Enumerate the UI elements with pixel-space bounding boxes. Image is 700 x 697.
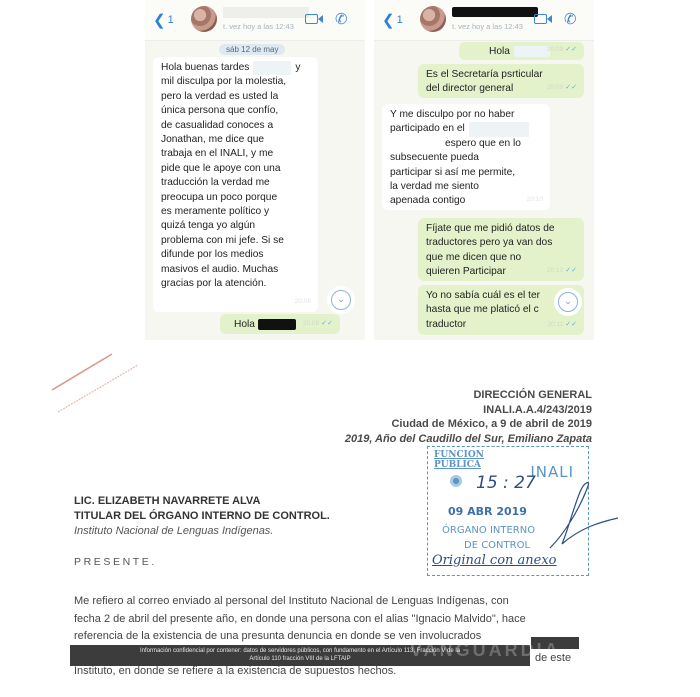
- message-line: problema con mi jefe. Si se: [161, 234, 310, 248]
- contact-name-redacted[interactable]: [452, 7, 538, 17]
- salutation: PRESENTE.: [74, 556, 157, 568]
- seal-icon: [450, 475, 462, 487]
- message-line: es meramente político y: [161, 205, 310, 219]
- outgoing-message[interactable]: Hola x 20:08✓✓: [220, 314, 340, 334]
- message-text: Hola buenas tardesxymil disculpa por la …: [161, 61, 310, 292]
- message-line: traducción la verdad me: [161, 176, 310, 190]
- incoming-message[interactable]: Y me disculpo por no haberparticipado en…: [382, 104, 550, 210]
- double-check-icon: ✓✓: [565, 321, 577, 328]
- chevron-down-icon: ⌄: [564, 296, 572, 306]
- redacted-name: x: [258, 319, 296, 330]
- chevron-down-icon: ⌄: [337, 294, 345, 304]
- video-call-icon[interactable]: [534, 14, 547, 24]
- message-text: Hola: [234, 319, 255, 330]
- message-line: difunde por los medios: [161, 248, 310, 262]
- redacted-name: x: [469, 122, 529, 136]
- message-line: traductores pero ya van dos: [426, 236, 576, 250]
- message-line: masivos el audio. Muchas: [161, 263, 310, 277]
- office-name: DIRECCIÓN GENERAL: [345, 388, 592, 403]
- message-time: 20:09✓✓: [547, 43, 577, 57]
- message-time: 20:10✓✓: [547, 264, 577, 278]
- scroll-down-button[interactable]: ⌄: [331, 290, 351, 310]
- message-line: de casualidad conoces a: [161, 119, 310, 133]
- message-line: hasta que me platicó el c: [426, 303, 576, 317]
- video-call-icon[interactable]: [305, 14, 318, 24]
- phone-icon[interactable]: ✆: [564, 10, 577, 28]
- message-line: Fíjate que me pidió datos de: [426, 222, 576, 236]
- last-seen: t. vez hoy a las 12:43: [223, 22, 294, 31]
- motto: 2019, Año del Caudillo del Sur, Emiliano…: [345, 432, 592, 447]
- place-date: Ciudad de México, a 9 de abril de 2019: [345, 417, 592, 432]
- stamp-hour: 15 : 27: [476, 473, 536, 493]
- recipient-institution: Instituto Nacional de Lenguas Indígenas.: [74, 524, 330, 539]
- double-check-icon: ✓✓: [565, 267, 577, 274]
- outgoing-message[interactable]: Holax20:09✓✓: [459, 42, 584, 60]
- letter-header: DIRECCIÓN GENERAL INALI.A.A.4/243/2019 C…: [345, 388, 592, 446]
- message-line: pide que le apoye con una: [161, 162, 310, 176]
- handwritten-note: Original con anexo: [432, 553, 557, 568]
- message-line: única persona que confío,: [161, 104, 310, 118]
- message-line: espero que en lo: [390, 137, 542, 151]
- chat-screenshot-right: ❮1 t. vez hoy a las 12:43 ✆ Holax20:09✓✓…: [374, 0, 594, 340]
- outgoing-message[interactable]: Yo no sabía cuál es el terhasta que me p…: [418, 285, 584, 335]
- stamp-agency: FUNCIONPUBLICA: [434, 450, 484, 470]
- message-line: gracias por la atención.: [161, 277, 310, 291]
- message-line: participar si así me permite,: [390, 166, 542, 180]
- unread-count: 1: [168, 14, 174, 26]
- red-pen-marks: [40, 350, 160, 420]
- chevron-left-icon: ❮: [153, 12, 166, 29]
- unread-count: 1: [397, 14, 403, 26]
- recipient-title: TITULAR DEL ÓRGANO INTERNO DE CONTROL.: [74, 509, 330, 524]
- double-check-icon: ✓✓: [565, 46, 577, 53]
- redacted-name: x: [253, 61, 291, 75]
- message-line: Hola buenas tardesxy: [161, 61, 310, 75]
- message-line: la verdad me siento: [390, 180, 542, 194]
- phone-icon[interactable]: ✆: [335, 10, 348, 28]
- message-line: subsecuente pueda: [390, 151, 542, 165]
- stamp-office-line1: ÓRGANO INTERNO: [442, 525, 535, 536]
- recipient-name: LIC. ELIZABETH NAVARRETE ALVA: [74, 494, 330, 509]
- message-line: quizá tenga yo algún: [161, 219, 310, 233]
- body-line: Me refiero al correo enviado al personal…: [74, 593, 630, 611]
- message-line: preocupa un poco porque: [161, 191, 310, 205]
- message-line: Y me disculpo por no haber: [390, 108, 542, 122]
- message-line: trabaja en el INALI, y me: [161, 147, 310, 161]
- back-button[interactable]: ❮1: [382, 12, 403, 29]
- message-line: Jonathan, me dice que: [161, 133, 310, 147]
- body-last-line: Instituto, en donde se refiere a la exis…: [74, 665, 396, 677]
- avatar[interactable]: [191, 6, 217, 32]
- redacted-name: x: [514, 46, 550, 57]
- message-time: 20:10: [527, 193, 543, 207]
- outgoing-message[interactable]: Es el Secretaría psrticulardel director …: [418, 64, 584, 98]
- chevron-left-icon: ❮: [382, 12, 395, 29]
- double-check-icon: ✓✓: [321, 320, 333, 327]
- stamp-office-line2: DE CONTROL: [464, 540, 530, 551]
- stamp-date: 09 ABR 2019: [448, 505, 527, 518]
- signature: [540, 478, 620, 558]
- avatar[interactable]: [420, 6, 446, 32]
- double-check-icon: ✓✓: [565, 84, 577, 91]
- body-continuation: de este: [535, 652, 571, 664]
- recipient-block: LIC. ELIZABETH NAVARRETE ALVA TITULAR DE…: [74, 494, 330, 539]
- back-button[interactable]: ❮1: [153, 12, 174, 29]
- chat-header: ❮1 t. vez hoy a las 12:43 ✆: [374, 0, 594, 41]
- message-time: 20:09✓✓: [547, 81, 577, 95]
- message-time: 20:11✓✓: [547, 318, 577, 332]
- message-time: 20:08✓✓: [303, 317, 333, 331]
- message-line: pero la verdad es usted la: [161, 90, 310, 104]
- reference-number: INALI.A.A.4/243/2019: [345, 403, 592, 418]
- message-line: Yo no sabía cuál es el ter: [426, 289, 576, 303]
- scroll-down-button[interactable]: ⌄: [558, 292, 578, 312]
- message-line: mil disculpa por la molestia,: [161, 75, 310, 89]
- message-line: participado en elx: [390, 122, 542, 136]
- body-line: fecha 2 de abril del presente año, en do…: [74, 611, 630, 629]
- outgoing-message[interactable]: Fíjate que me pidió datos detraductores …: [418, 218, 584, 281]
- contact-name-redacted[interactable]: [223, 7, 309, 18]
- message-time: 20:08: [295, 295, 311, 309]
- date-separator: sáb 12 de may: [219, 44, 285, 55]
- message-line: apenada contigo: [390, 194, 542, 208]
- chat-header: ❮1 t. vez hoy a las 12:43 ✆: [145, 0, 365, 41]
- chat-screenshot-left: ❮1 t. vez hoy a las 12:43 ✆ sáb 12 de ma…: [145, 0, 365, 340]
- incoming-message[interactable]: Hola buenas tardesxymil disculpa por la …: [153, 57, 318, 312]
- last-seen: t. vez hoy a las 12:43: [452, 22, 523, 31]
